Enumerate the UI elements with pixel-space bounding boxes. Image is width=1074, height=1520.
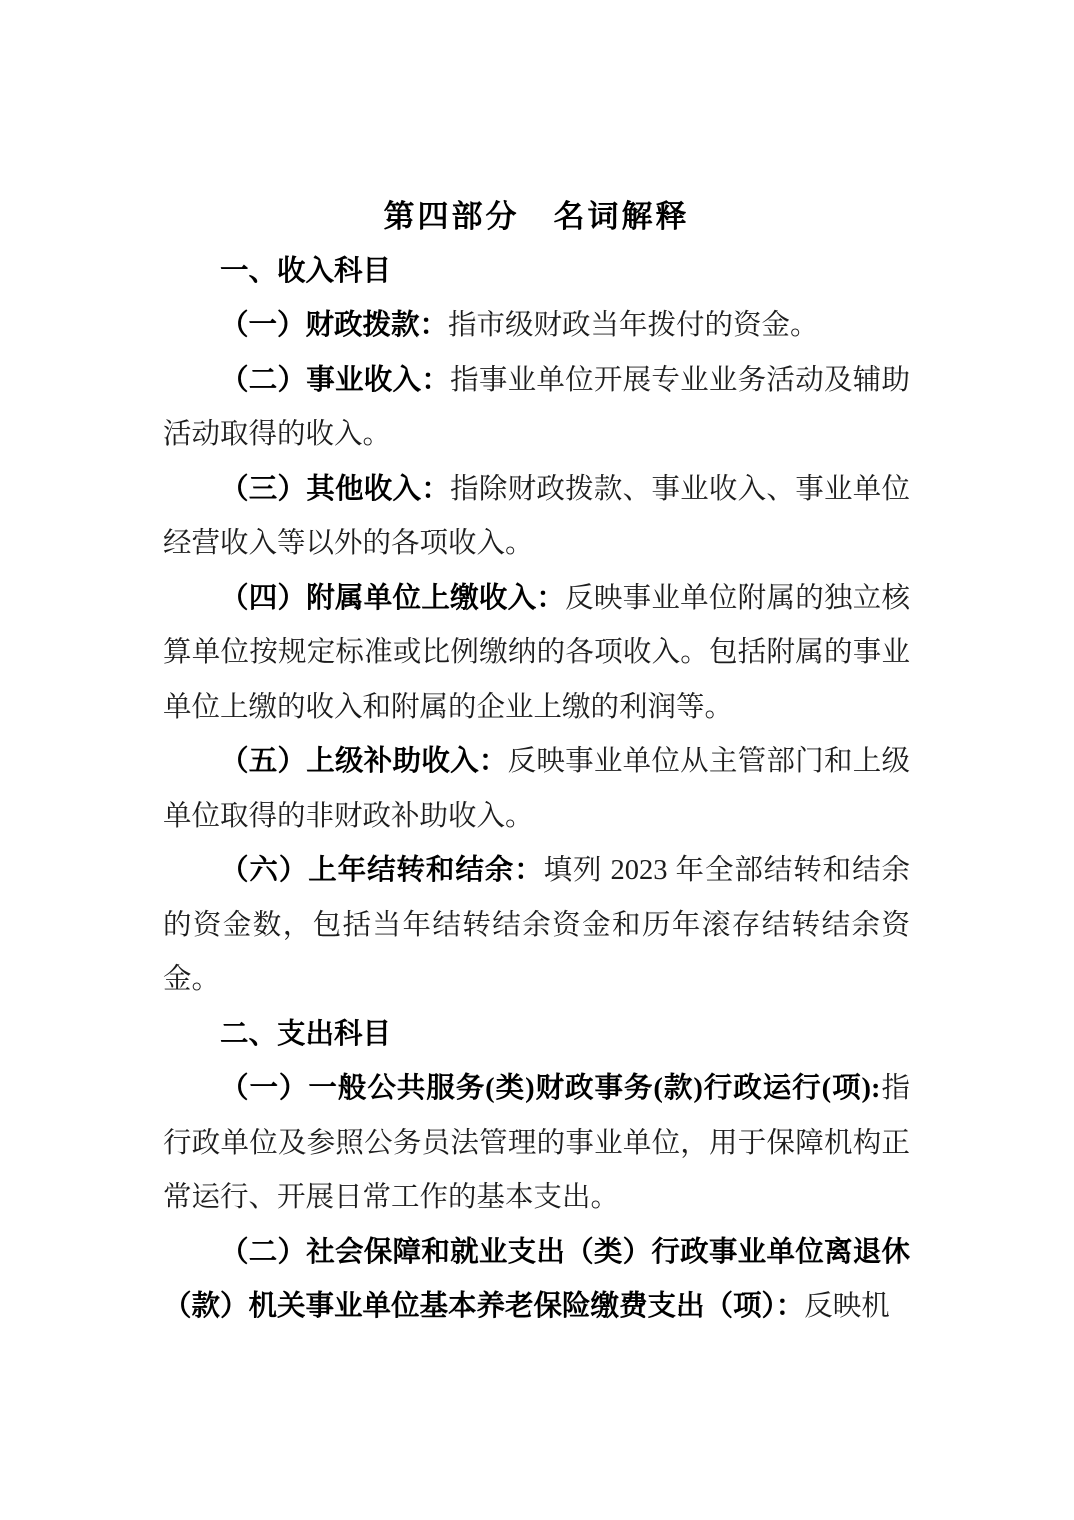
term-definition: 指市级财政当年拨付的资金。 [448,310,819,341]
term-label: （一）财政拨款： [220,310,448,341]
term-label: 一、收入科目 [220,256,391,287]
paragraph: （五）上级补助收入：反映事业单位从主管部门和上级单位取得的非财政补助收入。 [163,735,910,844]
paragraph: （一）一般公共服务(类)财政事务(款)行政运行(项):指行政单位及参照公务员法管… [163,1062,910,1226]
paragraph: （一）财政拨款：指市级财政当年拨付的资金。 [163,299,910,354]
document-title: 第四部分 名词解释 [163,190,910,245]
paragraph: （四）附属单位上缴收入：反映事业单位附属的独立核算单位按规定标准或比例缴纳的各项… [163,572,910,736]
term-label: （五）上级补助收入： [220,746,508,777]
term-label: （二）社会保障和就业支出（类）行政事业单位离退休（款）机关事业单位基本养老保险缴… [163,1237,910,1323]
term-label: （四）附属单位上缴收入： [220,583,565,614]
document-body: 一、收入科目（一）财政拨款：指市级财政当年拨付的资金。（二）事业收入：指事业单位… [163,245,910,1335]
term-label: （二）事业收入： [220,365,450,396]
term-label: （三）其他收入： [220,474,450,505]
section-heading: 一、收入科目 [163,245,910,300]
paragraph: （二）事业收入：指事业单位开展专业业务活动及辅助活动取得的收入。 [163,354,910,463]
paragraph: （三）其他收入：指除财政拨款、事业收入、事业单位经营收入等以外的各项收入。 [163,463,910,572]
paragraph: （六）上年结转和结余：填列 2023 年全部结转和结余的资金数，包括当年结转结余… [163,844,910,1008]
document-page: 第四部分 名词解释 一、收入科目（一）财政拨款：指市级财政当年拨付的资金。（二）… [0,0,1074,1520]
term-label: （一）一般公共服务(类)财政事务(款)行政运行(项): [220,1073,881,1104]
document-content: 第四部分 名词解释 一、收入科目（一）财政拨款：指市级财政当年拨付的资金。（二）… [163,190,910,1335]
section-heading: 二、支出科目 [163,1008,910,1063]
term-definition: 反映机 [804,1291,890,1322]
paragraph: （二）社会保障和就业支出（类）行政事业单位离退休（款）机关事业单位基本养老保险缴… [163,1226,910,1335]
term-label: 二、支出科目 [220,1019,391,1050]
term-label: （六）上年结转和结余： [220,855,544,886]
